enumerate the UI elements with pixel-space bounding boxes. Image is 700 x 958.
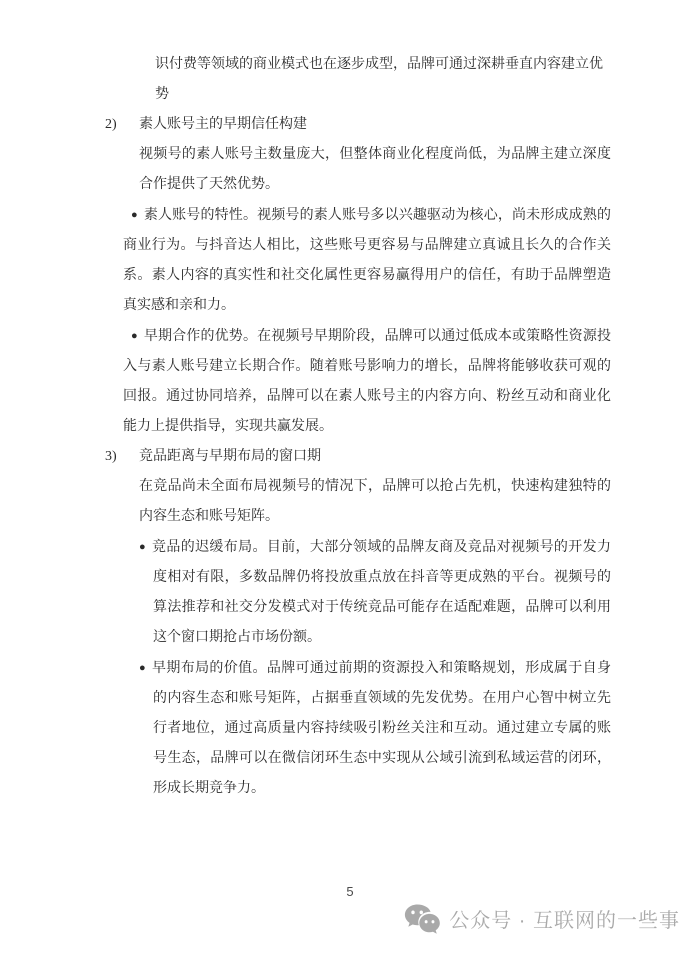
section-3-number: 3) bbox=[105, 442, 139, 472]
bullet-text: 竞品的迟缓布局。目前，大部分领域的品牌友商及竞品对视频号的开发力度相对有限，多数… bbox=[152, 540, 611, 645]
bullet-text: 素人账号的特性。视频号的素人账号多以兴趣驱动为核心，尚未形成成熟的商业行为。与抖… bbox=[123, 208, 611, 313]
section-2-heading: 2)素人账号主的早期信任构建 bbox=[105, 110, 611, 140]
bullet-item: ●素人账号的特性。视频号的素人账号多以兴趣驱动为核心，尚未形成成熟的商业行为。与… bbox=[105, 200, 611, 321]
bullet-marker: ● bbox=[131, 330, 144, 342]
bullet-marker: ● bbox=[139, 662, 152, 674]
section-2-lead-paragraph: 视频号的素人账号主数量庞大，但整体商业化程度尚低，为品牌主建立深度合作提供了天然… bbox=[105, 140, 611, 200]
section-2-number: 2) bbox=[105, 110, 139, 140]
bullet-text: 早期布局的价值。品牌可通过前期的资源投入和策略规划，形成属于自身的内容生态和账号… bbox=[152, 661, 611, 796]
wechat-icon bbox=[404, 903, 440, 934]
section-3-title: 竞品距离与早期布局的窗口期 bbox=[139, 449, 321, 464]
section-3-lead-paragraph: 在竞品尚未全面布局视频号的情况下，品牌可以抢占先机，快速构建独特的内容生态和账号… bbox=[105, 472, 611, 532]
bullet-item: ●早期合作的优势。在视频号早期阶段，品牌可以通过低成本或策略性资源投入与素人账号… bbox=[105, 321, 611, 442]
section-3-heading: 3)竞品距离与早期布局的窗口期 bbox=[105, 442, 611, 472]
document-page: 识付费等领域的商业模式也在逐步成型，品牌可通过深耕垂直内容建立优势 2)素人账号… bbox=[0, 0, 700, 958]
bullet-text: 早期合作的优势。在视频号早期阶段，品牌可以通过低成本或策略性资源投入与素人账号建… bbox=[123, 329, 611, 434]
watermark-text: 公众号 · 互联网的一些事 bbox=[449, 904, 680, 933]
bullet-item: ●竞品的迟缓布局。目前，大部分领域的品牌友商及竞品对视频号的开发力度相对有限，多… bbox=[105, 532, 611, 653]
document-body: 识付费等领域的商业模式也在逐步成型，品牌可通过深耕垂直内容建立优势 2)素人账号… bbox=[105, 50, 611, 804]
bullet-marker: ● bbox=[131, 209, 144, 221]
page-number: 5 bbox=[0, 884, 700, 899]
intro-continuation-line: 识付费等领域的商业模式也在逐步成型，品牌可通过深耕垂直内容建立优势 bbox=[105, 50, 611, 110]
watermark-footer: 公众号 · 互联网的一些事 bbox=[404, 903, 680, 934]
bullet-marker: ● bbox=[139, 541, 152, 553]
section-2-title: 素人账号主的早期信任构建 bbox=[139, 117, 307, 132]
bullet-item: ●早期布局的价值。品牌可通过前期的资源投入和策略规划，形成属于自身的内容生态和账… bbox=[105, 653, 611, 804]
